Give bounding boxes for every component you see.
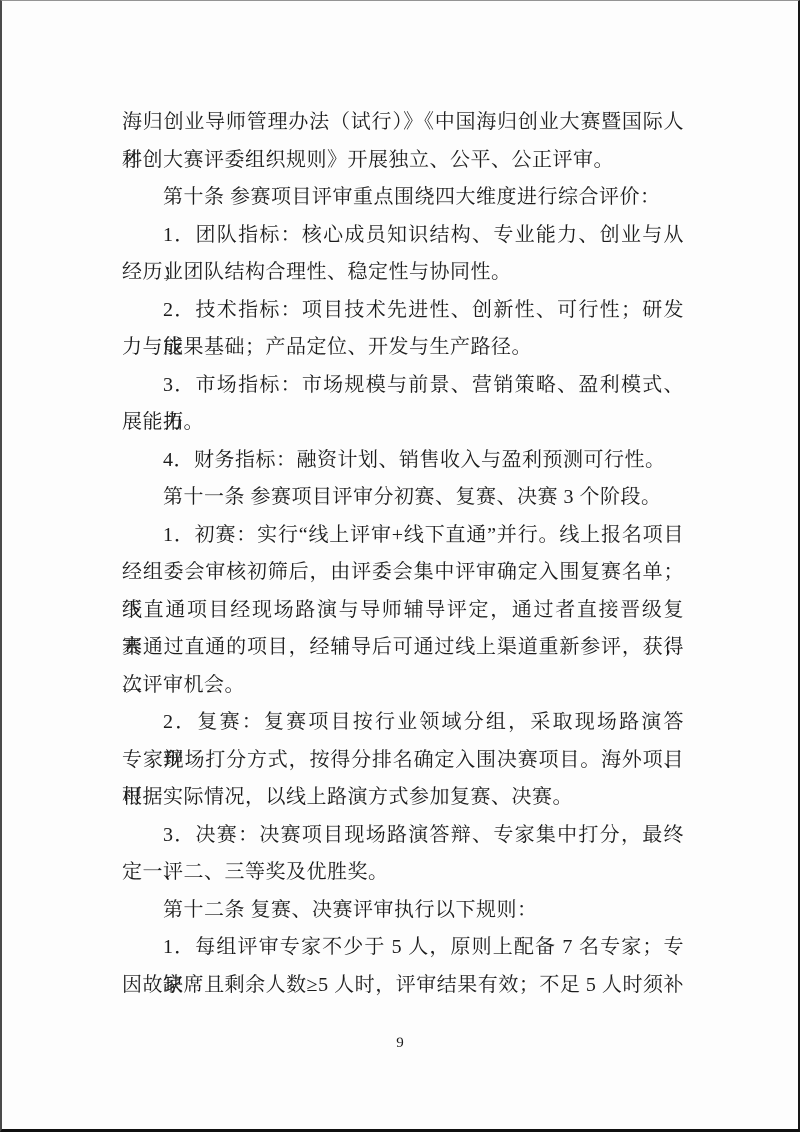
text-line: 经组委会审核初筛后，由评委会集中评审确定入围复赛名单；线: [122, 554, 684, 592]
text-line: 科创大赛评委组织规则》开展独立、公平、公正评审。: [122, 142, 684, 180]
text-line: 3．市场指标：市场规模与前景、营销策略、盈利模式、拓: [122, 367, 684, 405]
page-number: 9: [2, 1031, 798, 1055]
text-line: 4．财务指标：融资计划、销售收入与盈利预测可行性。: [122, 442, 684, 480]
text-line: 1．初赛：实行“线上评审+线下直通”并行。线上报名项目: [122, 517, 684, 555]
text-line: 第十一条 参赛项目评审分初赛、复赛、决赛 3 个阶段。: [122, 479, 684, 517]
text-line: 2．复赛：复赛项目按行业领域分组，采取现场路演答辩、: [122, 704, 684, 742]
text-line: 经历；团队结构合理性、稳定性与协同性。: [122, 254, 684, 292]
document-page: 海归创业导师管理办法（试行）》《中国海归创业大赛暨国际人才科创大赛评委组织规则》…: [0, 0, 800, 1132]
text-line: 第十二条 复赛、决赛评审执行以下规则：: [122, 892, 684, 930]
text-line: 1．每组评审专家不少于 5 人，原则上配备 7 名专家；专家: [122, 929, 684, 967]
text-line: 因故缺席且剩余人数≥5 人时，评审结果有效；不足 5 人时须补: [122, 967, 684, 1005]
text-line: 1．团队指标：核心成员知识结构、专业能力、创业与从业: [122, 217, 684, 255]
text-line: 下直通项目经现场路演与导师辅导评定，通过者直接晋级复赛；: [122, 592, 684, 630]
text-line: 次评审机会。: [122, 667, 684, 705]
text-line: 未通过直通的项目，经辅导后可通过线上渠道重新参评，获得二: [122, 629, 684, 667]
text-line: 专家现场打分方式，按得分排名确定入围决赛项目。海外项目可: [122, 742, 684, 780]
text-line: 海归创业导师管理办法（试行）》《中国海归创业大赛暨国际人才: [122, 104, 684, 142]
text-line: 2．技术指标：项目技术先进性、创新性、可行性；研发能: [122, 292, 684, 330]
document-body: 海归创业导师管理办法（试行）》《中国海归创业大赛暨国际人才科创大赛评委组织规则》…: [122, 104, 684, 1004]
text-line: 第十条 参赛项目评审重点围绕四大维度进行综合评价：: [122, 179, 684, 217]
text-line: 力与成果基础；产品定位、开发与生产路径。: [122, 329, 684, 367]
text-line: 定一、二、三等奖及优胜奖。: [122, 854, 684, 892]
text-line: 根据实际情况，以线上路演方式参加复赛、决赛。: [122, 779, 684, 817]
text-line: 3．决赛：决赛项目现场路演答辩、专家集中打分，最终评: [122, 817, 684, 855]
text-line: 展能力。: [122, 404, 684, 442]
